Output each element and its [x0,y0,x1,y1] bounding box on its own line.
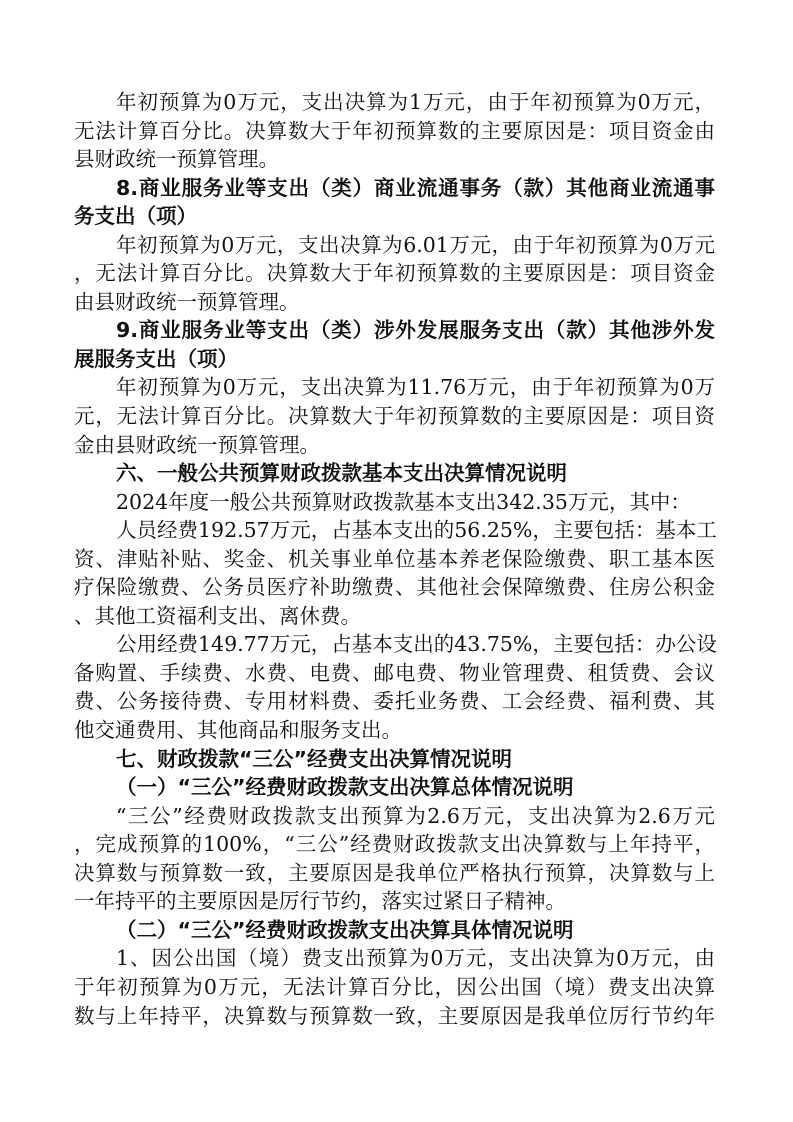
text-line: 1、因公出国（境）费支出预算为0万元，支出决算为0万元，由 [74,944,715,973]
section-heading-9: 9.商业服务业等支出（类）涉外发展服务支出（款）其他涉外发 展服务支出（项） [74,316,715,373]
body-paragraph: 2024年度一般公共预算财政拨款基本支出342.35万元，其中： [74,488,715,517]
heading-line: 展服务支出（项） [74,345,715,374]
subsection-heading-2: （二）“三公”经费财政拨款支出决算具体情况说明 [74,916,715,945]
text-line: 一年持平的主要原因是厉行节约，落实过紧日子精神。 [74,887,715,916]
text-line: 备购置、手续费、水费、电费、邮电费、物业管理费、租赁费、会议 [74,659,715,688]
text-line: “三公”经费财政拨款支出预算为2.6万元，支出决算为2.6万元 [74,802,715,831]
body-paragraph: 年初预算为0万元，支出决算为1万元，由于年初预算为0万元， 无法计算百分比。决算… [74,88,715,174]
section-heading-8: 8.商业服务业等支出（类）商业流通事务（款）其他商业流通事 务支出（项） [74,174,715,231]
text-line: 2024年度一般公共预算财政拨款基本支出342.35万元，其中： [74,488,715,517]
heading-line: （二）“三公”经费财政拨款支出决算具体情况说明 [74,916,715,945]
heading-line: 六、一般公共预算财政拨款基本支出决算情况说明 [74,459,715,488]
text-line: 他交通费用、其他商品和服务支出。 [74,716,715,745]
text-line: 公用经费149.77万元，占基本支出的43.75%，主要包括：办公设 [74,630,715,659]
text-line: 、其他工资福利支出、离休费。 [74,602,715,631]
text-line: ，完成预算的100%，“三公”经费财政拨款支出决算数与上年持平， [74,830,715,859]
text-line: ，无法计算百分比。决算数大于年初预算数的主要原因是：项目资金 [74,259,715,288]
text-line: 数与上年持平，决算数与预算数一致，主要原因是我单位厉行节约年 [74,1002,715,1031]
heading-line: 七、财政拨款“三公”经费支出决算情况说明 [74,745,715,774]
document-page: 年初预算为0万元，支出决算为1万元，由于年初预算为0万元， 无法计算百分比。决算… [74,88,715,1030]
text-line: 无法计算百分比。决算数大于年初预算数的主要原因是：项目资金由 [74,117,715,146]
body-paragraph: 年初预算为0万元，支出决算为6.01万元，由于年初预算为0万元 ，无法计算百分比… [74,231,715,317]
body-paragraph: 人员经费192.57万元，占基本支出的56.25%，主要包括：基本工 资、津贴补… [74,516,715,630]
text-line: 费、公务接待费、专用材料费、委托业务费、工会经费、福利费、其 [74,687,715,716]
heading-line: 务支出（项） [74,202,715,231]
text-line: 资、津贴补贴、奖金、机关事业单位基本养老保险缴费、职工基本医 [74,545,715,574]
text-line: 由县财政统一预算管理。 [74,288,715,317]
heading-line: （一）“三公”经费财政拨款支出决算总体情况说明 [74,773,715,802]
body-paragraph: 公用经费149.77万元，占基本支出的43.75%，主要包括：办公设 备购置、手… [74,630,715,744]
text-line: 年初预算为0万元，支出决算为6.01万元，由于年初预算为0万元 [74,231,715,260]
section-heading-7: 七、财政拨款“三公”经费支出决算情况说明 [74,745,715,774]
body-paragraph: 1、因公出国（境）费支出预算为0万元，支出决算为0万元，由 于年初预算为0万元，… [74,944,715,1030]
body-paragraph: 年初预算为0万元，支出决算为11.76万元，由于年初预算为0万 元，无法计算百分… [74,373,715,459]
text-line: 元，无法计算百分比。决算数大于年初预算数的主要原因是：项目资 [74,402,715,431]
section-heading-6: 六、一般公共预算财政拨款基本支出决算情况说明 [74,459,715,488]
text-line: 疗保险缴费、公务员医疗补助缴费、其他社会保障缴费、住房公积金 [74,573,715,602]
heading-line: 8.商业服务业等支出（类）商业流通事务（款）其他商业流通事 [74,174,715,203]
body-paragraph: “三公”经费财政拨款支出预算为2.6万元，支出决算为2.6万元 ，完成预算的10… [74,802,715,916]
text-line: 金由县财政统一预算管理。 [74,431,715,460]
text-line: 年初预算为0万元，支出决算为11.76万元，由于年初预算为0万 [74,373,715,402]
subsection-heading-1: （一）“三公”经费财政拨款支出决算总体情况说明 [74,773,715,802]
heading-line: 9.商业服务业等支出（类）涉外发展服务支出（款）其他涉外发 [74,316,715,345]
text-line: 县财政统一预算管理。 [74,145,715,174]
text-line: 决算数与预算数一致，主要原因是我单位严格执行预算，决算数与上 [74,859,715,888]
text-line: 人员经费192.57万元，占基本支出的56.25%，主要包括：基本工 [74,516,715,545]
text-line: 年初预算为0万元，支出决算为1万元，由于年初预算为0万元， [74,88,715,117]
text-line: 于年初预算为0万元，无法计算百分比，因公出国（境）费支出决算 [74,973,715,1002]
